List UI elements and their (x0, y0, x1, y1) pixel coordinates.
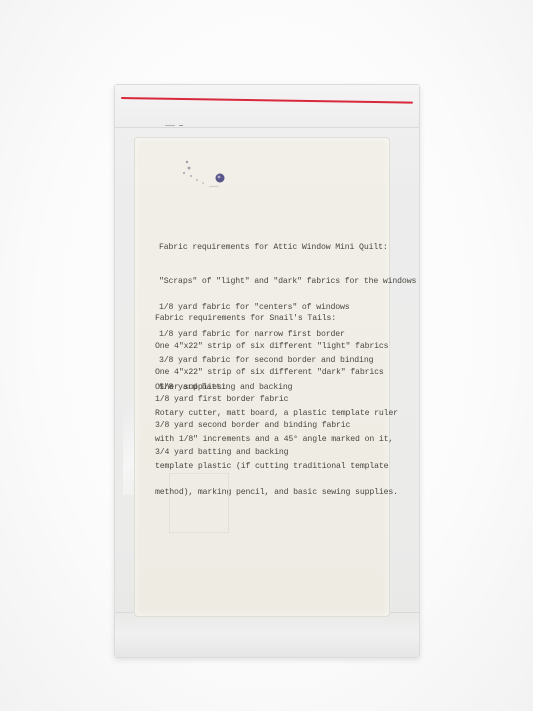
bag-bottom-fold (115, 612, 419, 657)
section-heading: Fabric requirements for Snail's Tails: (155, 315, 388, 324)
section-heading: Fabric requirements for Attic Window Min… (159, 244, 416, 253)
bleed-through-rectangle (169, 473, 229, 533)
supply-line: Rotary cutter, matt board, a plastic tem… (155, 410, 398, 419)
supply-line: with 1/8" increments and a 45° angle mar… (155, 436, 398, 445)
requirement-line: One 4"x22" strip of six different "light… (155, 343, 388, 352)
zip-mark (165, 125, 175, 126)
section-heading: Other supplies: (155, 384, 398, 393)
bleed-through-illustration-icon (177, 156, 247, 196)
supply-line: template plastic (if cutting traditional… (155, 463, 398, 472)
requirement-line: "Scraps" of "light" and "dark" fabrics f… (159, 278, 416, 287)
red-zip-line (121, 97, 413, 104)
bag-zip-seal (115, 85, 419, 128)
zip-mark (179, 125, 183, 126)
pattern-sheet: Fabric requirements for Attic Window Min… (134, 137, 390, 617)
